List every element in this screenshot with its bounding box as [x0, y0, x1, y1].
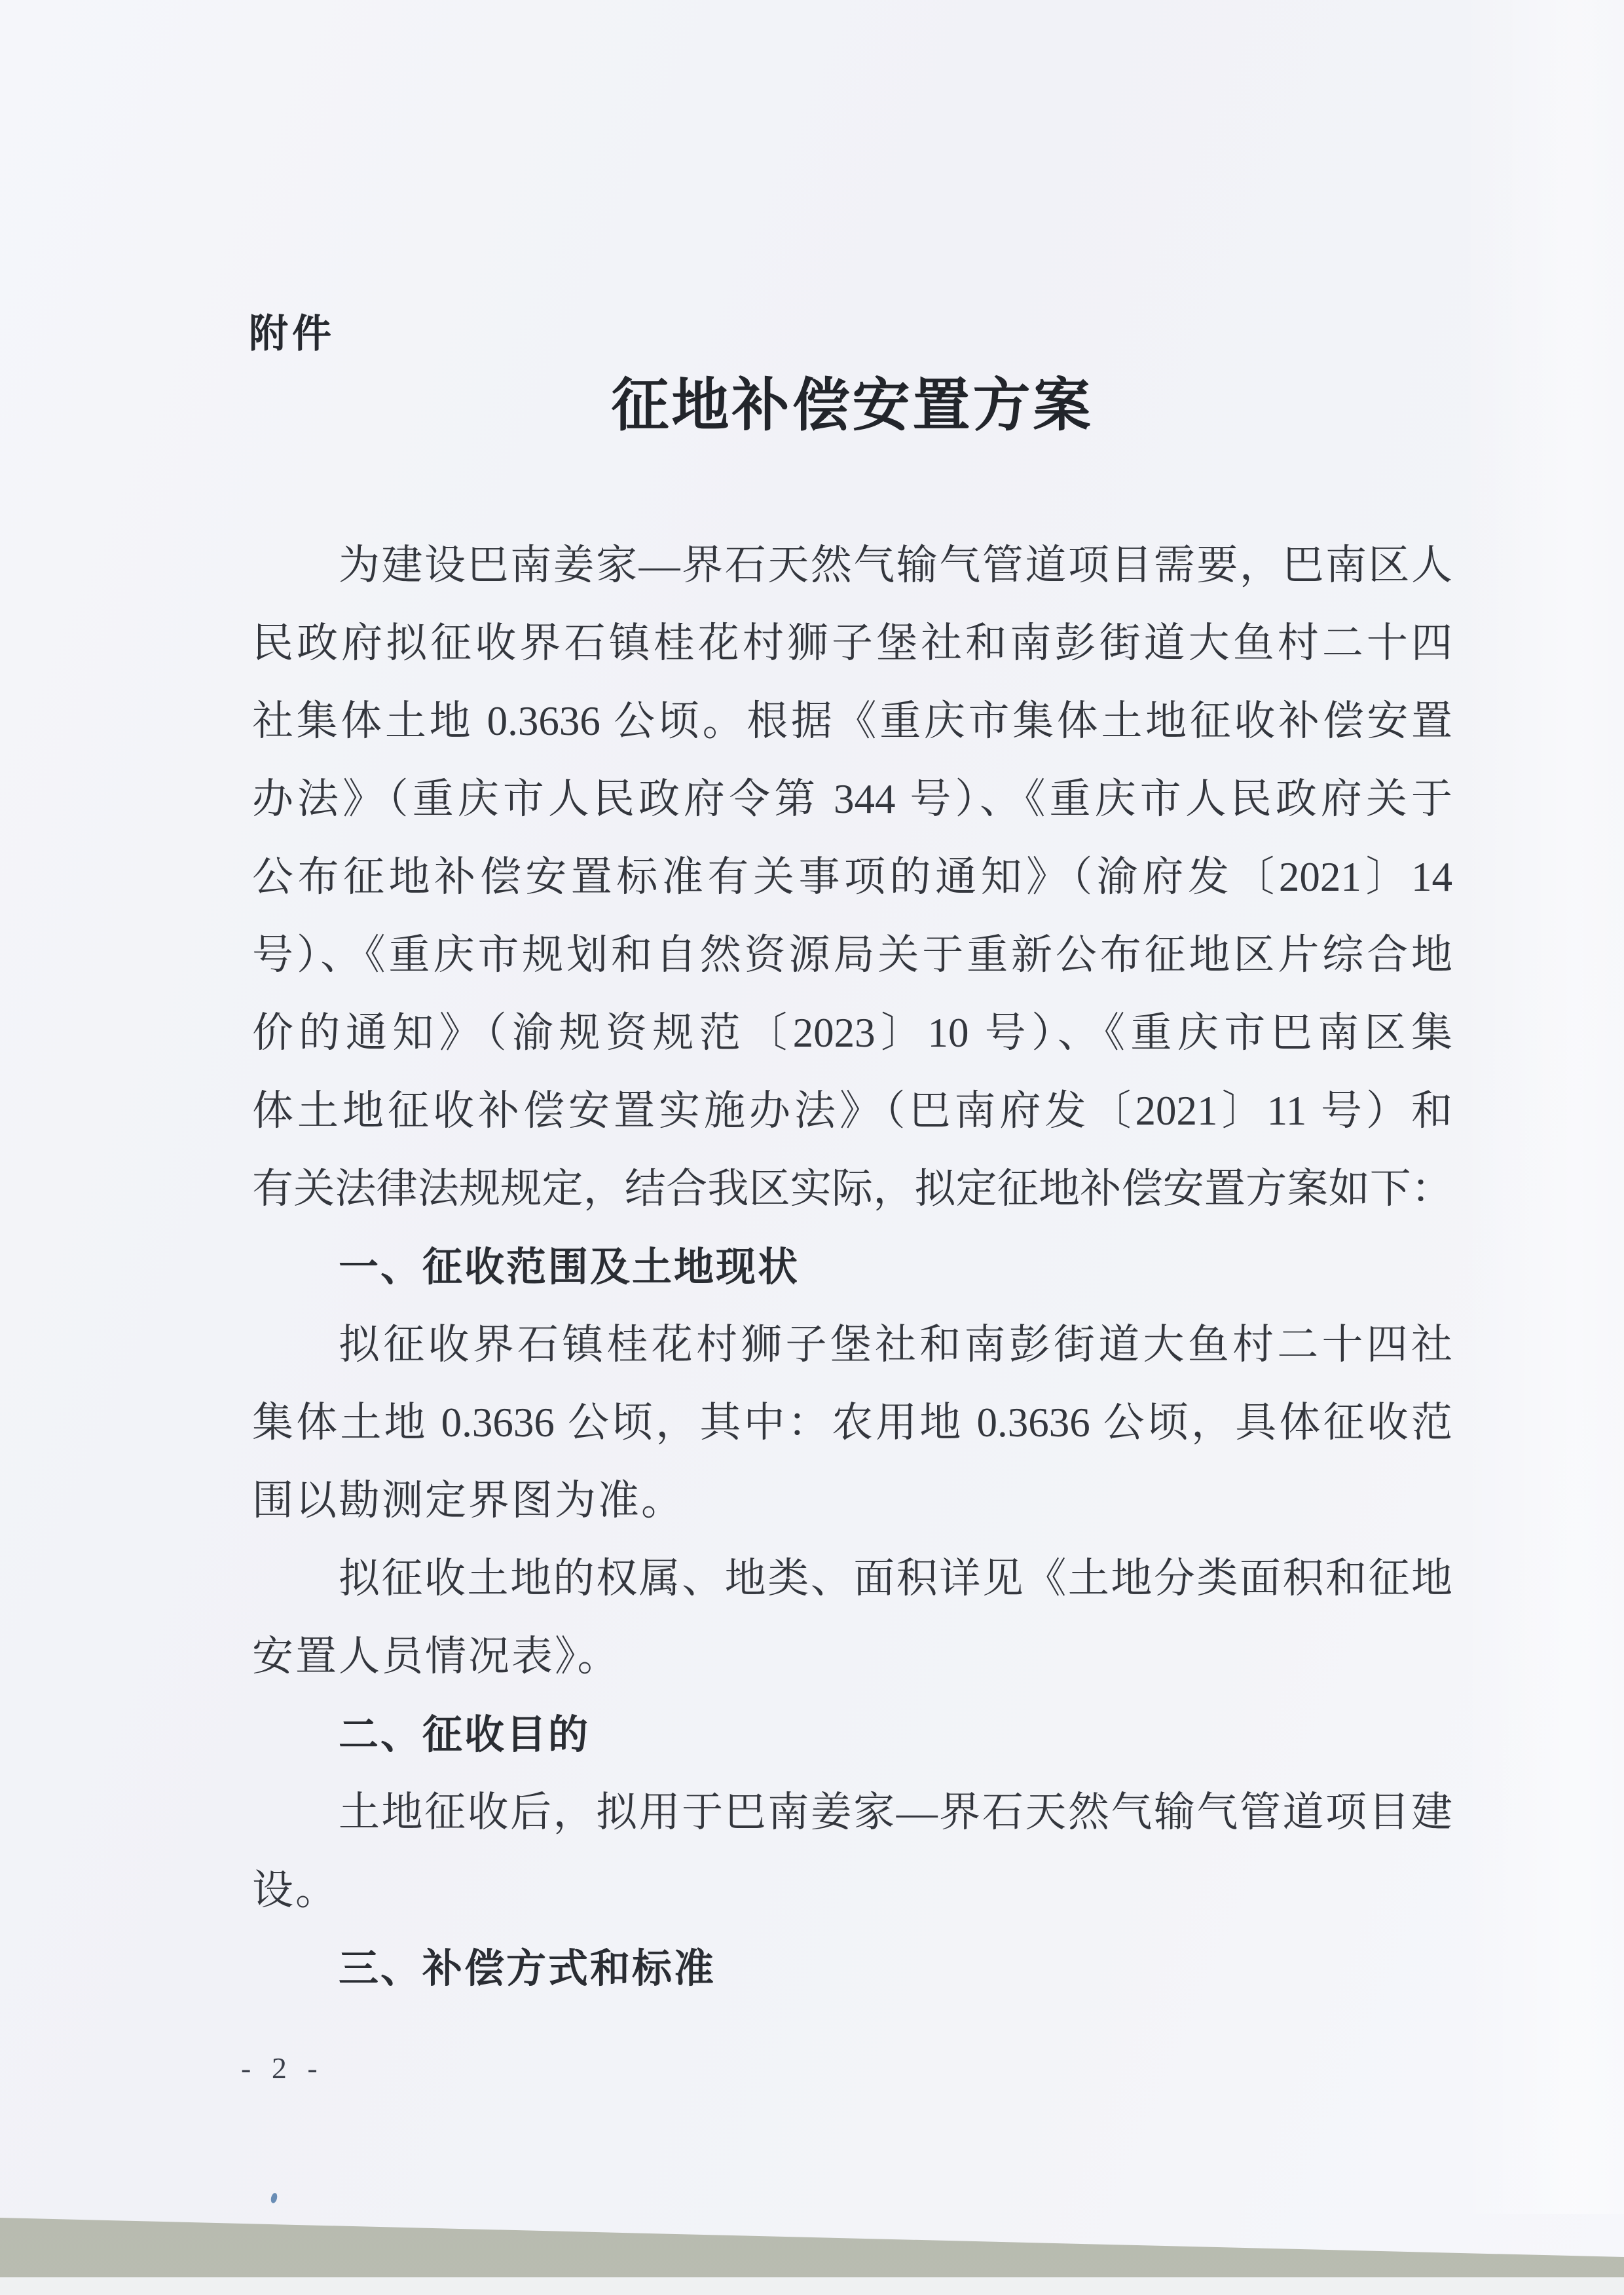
section-heading: 一、征收范围及土地现状 — [252, 1228, 1452, 1306]
text-line: 体土地征收补偿安置实施办法》（巴南府发〔2021〕11 号）和 — [252, 1072, 1452, 1150]
text-line: 拟征收界石镇桂花村狮子堡社和南彭街道大鱼村二十四社 — [252, 1306, 1452, 1384]
text-line: 号）、《重庆市规划和自然资源局关于重新公布征地区片综合地 — [252, 916, 1452, 994]
text-line: 为建设巴南姜家—界石天然气输气管道项目需要，巴南区人 — [252, 527, 1452, 605]
text-line: 围以勘测定界图为准。 — [252, 1462, 1452, 1540]
bottom-edge-strip — [0, 2277, 1624, 2295]
attachment-label: 附件 — [249, 307, 335, 362]
text-line: 土地征收后，拟用于巴南姜家—界石天然气输气管道项目建 — [252, 1774, 1452, 1852]
scanned-document-page: 附件 征地补偿安置方案 为建设巴南姜家—界石天然气输气管道项目需要，巴南区人 民… — [0, 0, 1624, 2295]
section-heading: 三、补偿方式和标准 — [252, 1930, 1452, 2007]
scan-light-edge — [1460, 0, 1624, 2214]
text-line: 民政府拟征收界石镇桂花村狮子堡社和南彭街道大鱼村二十四 — [252, 605, 1452, 682]
text-line: 有关法律法规规定，结合我区实际，拟定征地补偿安置方案如下： — [252, 1150, 1452, 1228]
page-number: - 2 - — [241, 2049, 324, 2088]
text-line: 安置人员情况表》。 — [252, 1618, 1452, 1696]
text-line: 价的通知》（渝规资规范〔2023〕10 号）、《重庆市巴南区集 — [252, 994, 1452, 1072]
document-body: 为建设巴南姜家—界石天然气输气管道项目需要，巴南区人 民政府拟征收界石镇桂花村狮… — [252, 527, 1452, 2007]
text-line: 社集体土地 0.3636 公顷。根据《重庆市集体土地征收补偿安置 — [252, 682, 1452, 760]
text-line: 设。 — [252, 1852, 1452, 1930]
section-heading: 二、征收目的 — [252, 1696, 1452, 1774]
document-title: 征地补偿安置方案 — [252, 367, 1452, 447]
text-line: 办法》（重庆市人民政府令第 344 号）、《重庆市人民政府关于 — [252, 760, 1452, 838]
text-line: 集体土地 0.3636 公顷，其中：农用地 0.3636 公顷，具体征收范 — [252, 1384, 1452, 1462]
text-line: 拟征收土地的权属、地类、面积详见《土地分类面积和征地 — [252, 1540, 1452, 1618]
ink-speck — [270, 2192, 278, 2204]
text-line: 公布征地补偿安置标准有关事项的通知》（渝府发〔2021〕14 — [252, 838, 1452, 916]
